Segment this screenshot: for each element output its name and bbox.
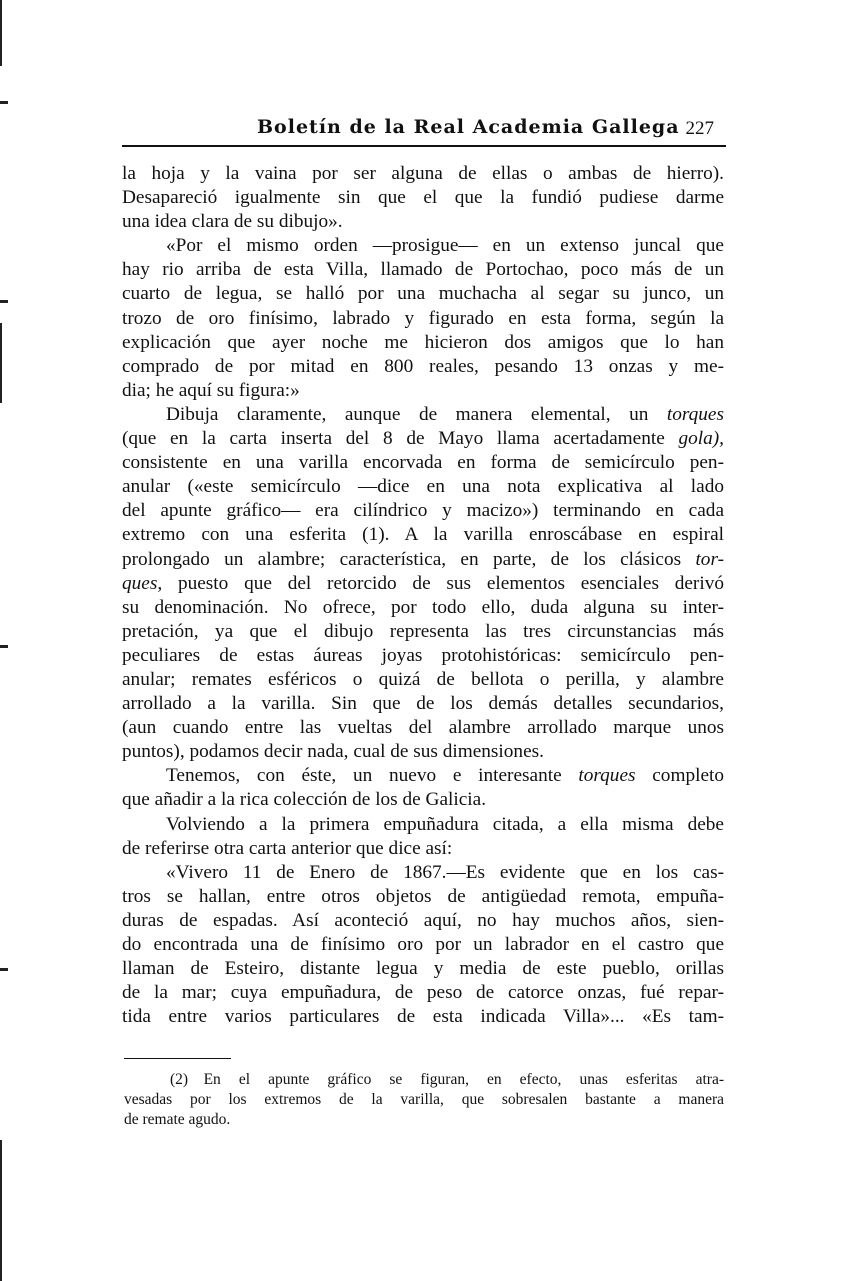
text-line: Desapareció igualmente sin que el que la… <box>122 186 724 210</box>
text-line: duras de espadas. Así aconteció aquí, no… <box>122 909 724 933</box>
text-line: ques, puesto que del retorcido de sus el… <box>122 572 724 596</box>
text-line: su denominación. No ofrece, por todo ell… <box>122 596 724 620</box>
text-line: arrollado a la varilla. Sin que de los d… <box>122 692 724 716</box>
text-line: de referirse otra carta anterior que dic… <box>122 837 724 861</box>
paragraph: Tenemos, con éste, un nuevo e interesant… <box>122 764 724 812</box>
footnote: (2) En el apunte gráfico se figuran, en … <box>124 1070 724 1130</box>
text-line: anular («este semicírculo —dice en una n… <box>122 475 724 499</box>
text-line: del apunte gráfico— era cilíndrico y mac… <box>122 499 724 523</box>
text-line: do encontrada una de finísimo oro por un… <box>122 933 724 957</box>
text-line: puntos), podamos decir nada, cual de sus… <box>122 740 724 764</box>
text-line: dia; he aquí su figura:» <box>122 379 724 403</box>
italic-term: torques <box>578 765 635 786</box>
text-line: (que en la carta inserta del 8 de Mayo l… <box>122 427 724 451</box>
text-line: de la mar; cuya empuñadura, de peso de c… <box>122 981 724 1005</box>
body-text: la hoja y la vaina por ser alguna de ell… <box>122 162 724 1029</box>
text-line: hay rio arriba de esta Villa, llamado de… <box>122 258 724 282</box>
italic-term: gola), <box>678 428 724 449</box>
scan-edge-bottom <box>0 323 2 403</box>
text-line: consistente en una varilla encorvada en … <box>122 451 724 475</box>
text-line: una idea clara de su dibujo». <box>122 210 724 234</box>
text-line: (aun cuando entre las vueltas del alambr… <box>122 716 724 740</box>
text-line: comprado de por mitad en 800 reales, pes… <box>122 355 724 379</box>
text-line: trozo de oro finísimo, labrado y figurad… <box>122 307 724 331</box>
text-line: Dibuja claramente, aunque de manera elem… <box>122 403 724 427</box>
text-line: Tenemos, con éste, un nuevo e interesant… <box>122 764 724 788</box>
paragraph: «Vivero 11 de Enero de 1867.—Es evidente… <box>122 861 724 1030</box>
text-line: tros se hallan, entre otros objetos de a… <box>122 885 724 909</box>
paragraph: Volviendo a la primera empuñadura citada… <box>122 813 724 861</box>
text-line: «Por el mismo orden —prosigue— en un ext… <box>122 234 724 258</box>
footnote-marker: (2) <box>170 1071 204 1088</box>
footnote-rule <box>124 1058 231 1059</box>
italic-term: tor- <box>695 549 724 570</box>
scan-mark <box>0 645 8 648</box>
text-line: cuarto de legua, se halló por una muchac… <box>122 282 724 306</box>
text-line: prolongado un alambre; característica, e… <box>122 548 724 572</box>
paragraph: Dibuja claramente, aunque de manera elem… <box>122 403 724 764</box>
scan-edge-bottom-lower <box>0 1140 2 1281</box>
paragraph: la hoja y la vaina por ser alguna de ell… <box>122 162 724 234</box>
text-line: extremo con una esferita (1). A la varil… <box>122 523 724 547</box>
footnote-line: vesadas por los extremos de la varilla, … <box>124 1090 724 1110</box>
footnote-line: (2) En el apunte gráfico se figuran, en … <box>124 1070 724 1090</box>
text-line: Volviendo a la primera empuñadura citada… <box>122 813 724 837</box>
paragraph: «Por el mismo orden —prosigue— en un ext… <box>122 234 724 403</box>
text-line: tida entre varios particulares de esta i… <box>122 1005 724 1029</box>
text-line: «Vivero 11 de Enero de 1867.—Es evidente… <box>122 861 724 885</box>
text-line: anular; remates esféricos o quizá de bel… <box>122 668 724 692</box>
text-line: pretación, ya que el dibujo representa l… <box>122 620 724 644</box>
scan-edge-top <box>0 0 2 66</box>
header-rule <box>122 145 726 147</box>
footnote-line: de remate agudo. <box>124 1110 724 1130</box>
scan-mark <box>0 968 8 971</box>
running-header: Boletín de la Real Academia Gallega 227 <box>122 116 726 144</box>
text-line: peculiares de estas áureas joyas protohi… <box>122 644 724 668</box>
journal-title: Boletín de la Real Academia Gallega <box>257 116 680 138</box>
page-number: 227 <box>686 118 715 140</box>
italic-term: ques, <box>122 573 162 594</box>
text-line: la hoja y la vaina por ser alguna de ell… <box>122 162 724 186</box>
text-line: que añadir a la rica colección de los de… <box>122 788 724 812</box>
text-line: explicación que ayer noche me hicieron d… <box>122 331 724 355</box>
scan-mark <box>0 300 8 303</box>
text-line: llaman de Esteiro, distante legua y medi… <box>122 957 724 981</box>
italic-term: torques <box>667 404 724 425</box>
scan-mark <box>0 101 8 104</box>
